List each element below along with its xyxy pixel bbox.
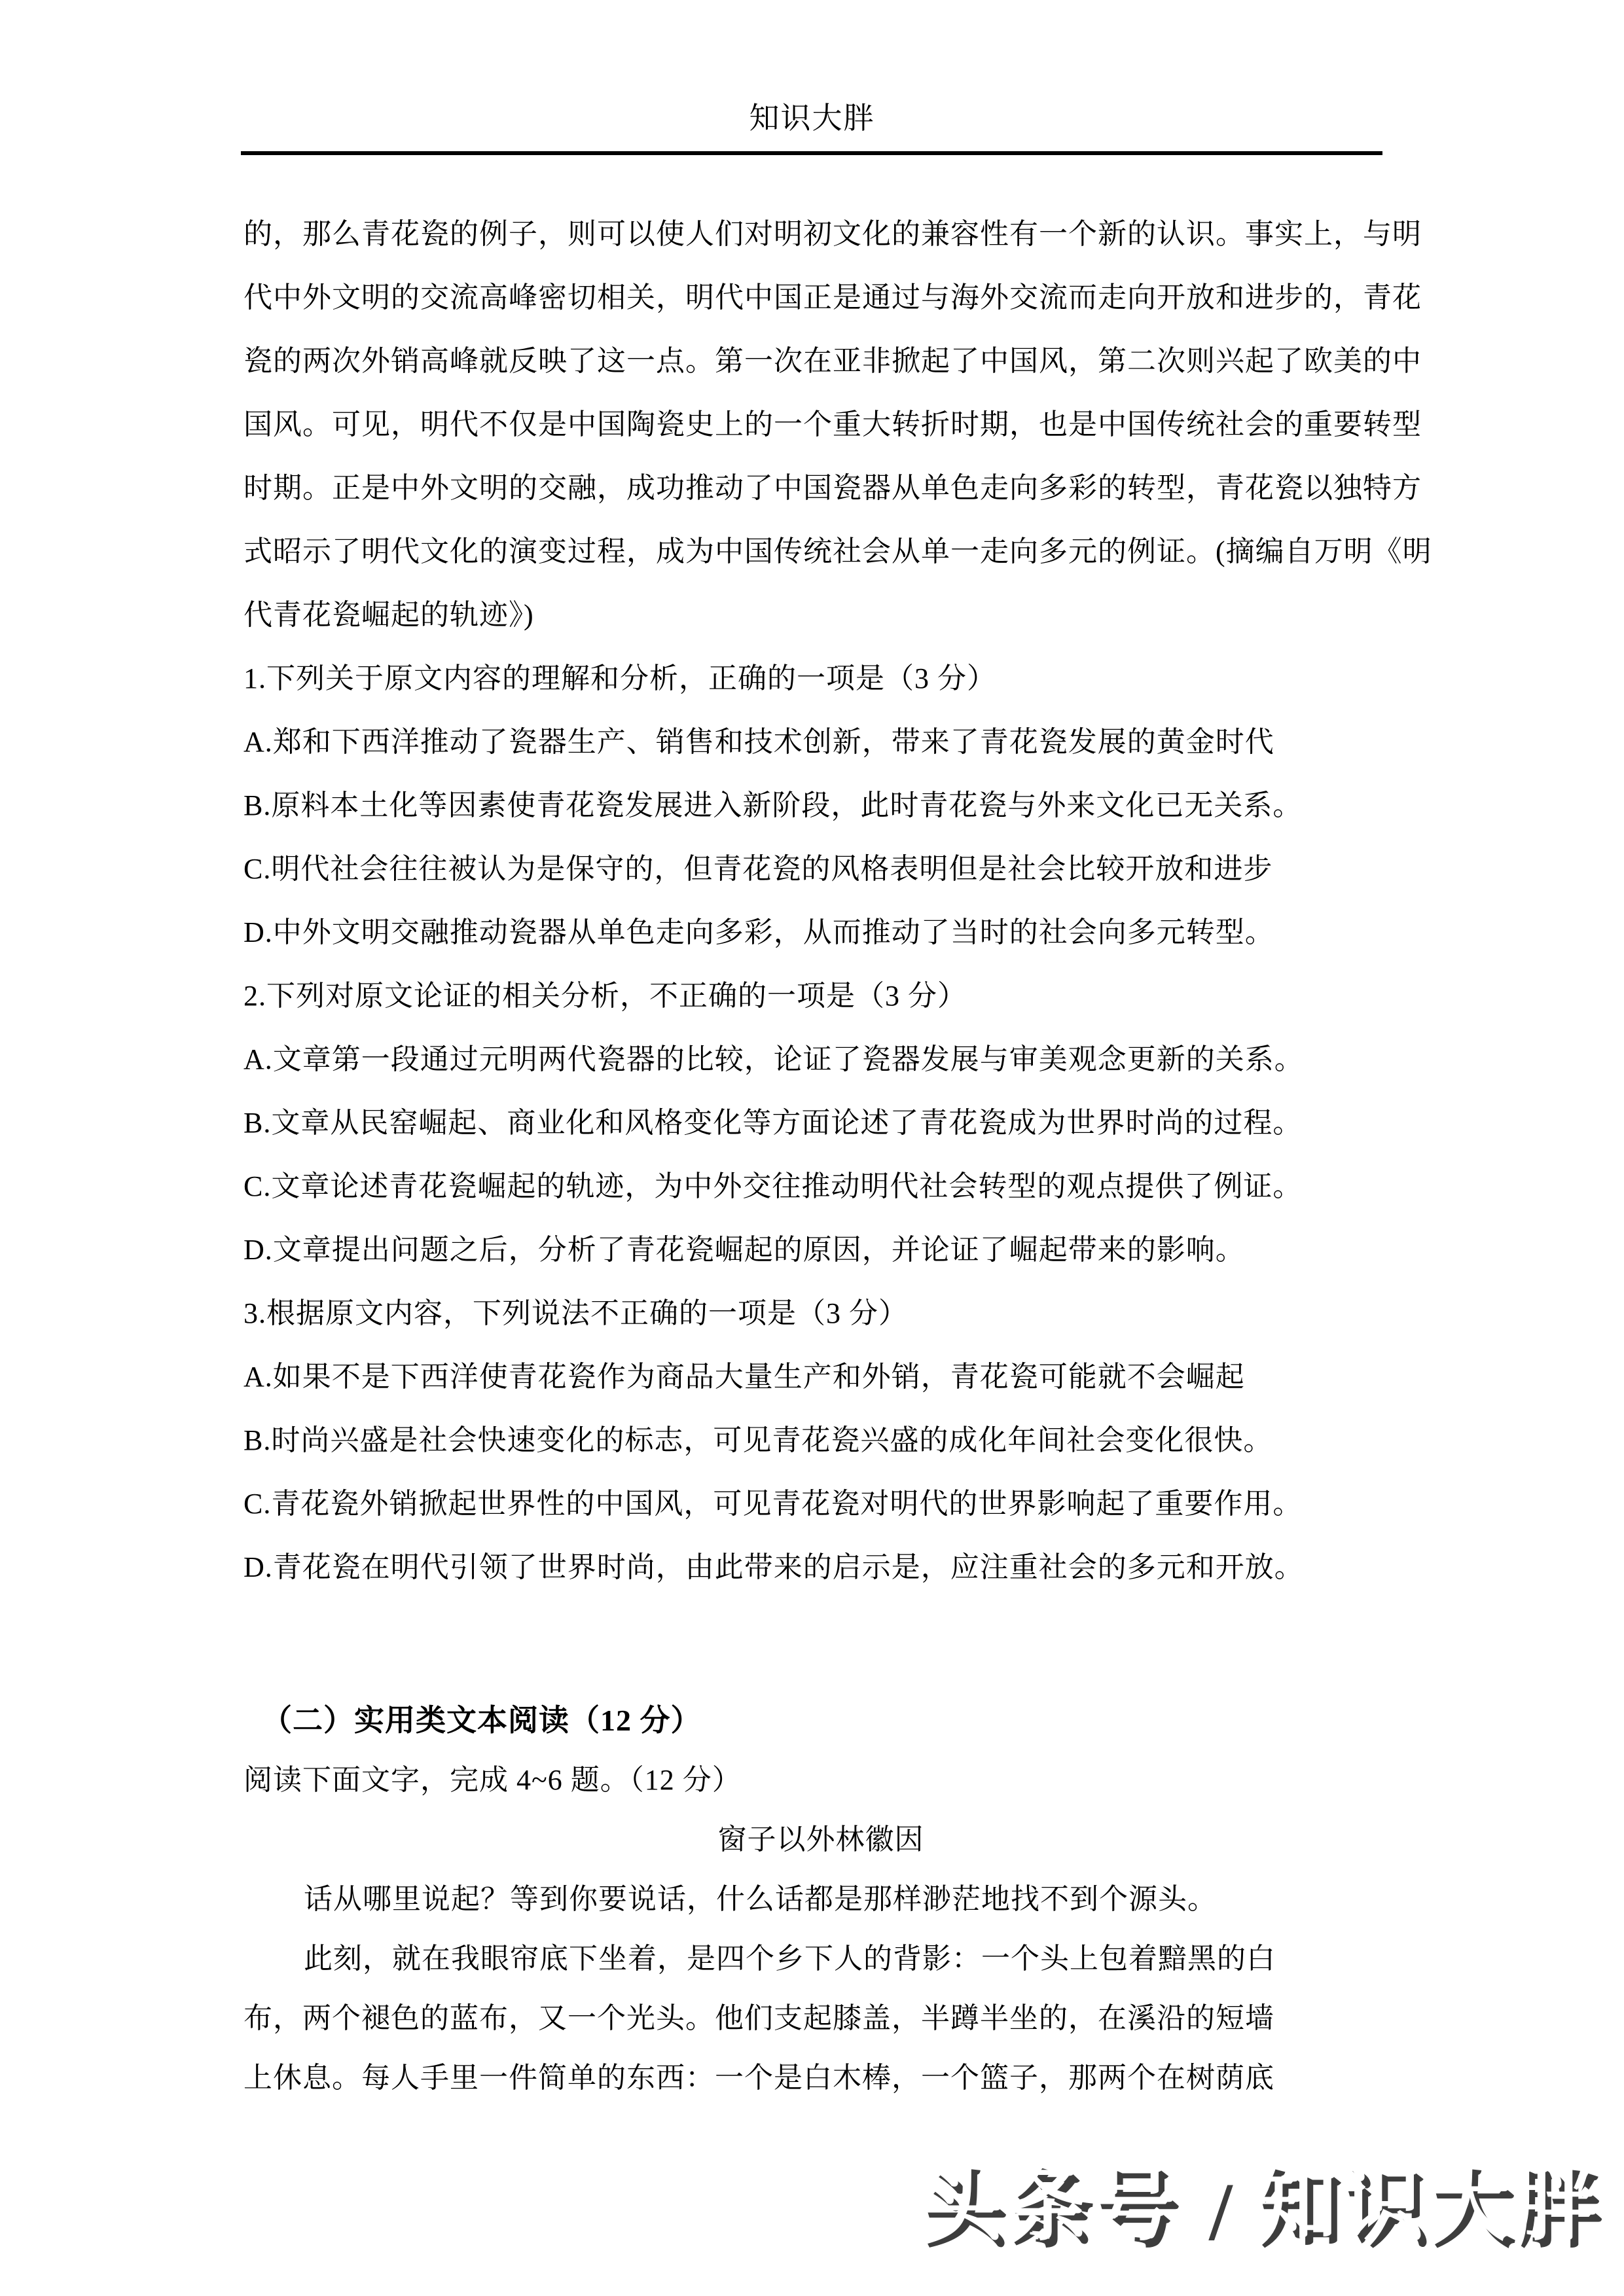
question-2-option-a: A.文章第一段通过元明两代瓷器的比较，论证了瓷器发展与审美观念更新的关系。 bbox=[244, 1028, 1398, 1091]
paragraph-line: 瓷的两次外销高峰就反映了这一点。第一次在亚非掀起了中国风，第二次则兴起了欧美的中 bbox=[244, 329, 1398, 393]
reading-section-2: （二）实用类文本阅读（12 分） 阅读下面文字，完成 4~6 题。（12 分） … bbox=[244, 1691, 1398, 2108]
header-divider-line bbox=[241, 151, 1382, 155]
question-1-stem: 1.下列关于原文内容的理解和分析，正确的一项是（3 分） bbox=[244, 647, 1398, 710]
paragraph-line: 时期。正是中外文明的交融，成功推动了中国瓷器从单色走向多彩的转型，青花瓷以独特方 bbox=[244, 456, 1398, 520]
exam-page: 知识大胖 的，那么青花瓷的例子，则可以使人们对明初文化的兼容性有一个新的认识。事… bbox=[0, 0, 1624, 2296]
question-2-option-c: C.文章论述青花瓷崛起的轨迹，为中外交往推动明代社会转型的观点提供了例证。 bbox=[244, 1155, 1398, 1218]
passage-paragraph-line: 此刻，就在我眼帘底下坐着，是四个乡下人的背影：一个头上包着黯黑的白 bbox=[244, 1929, 1398, 1988]
question-2-stem: 2.下列对原文论证的相关分析，不正确的一项是（3 分） bbox=[244, 964, 1398, 1028]
question-3-option-c: C.青花瓷外销掀起世界性的中国风，可见青花瓷对明代的世界影响起了重要作用。 bbox=[244, 1472, 1398, 1535]
paragraph-line: 式昭示了明代文化的演变过程，成为中国传统社会从单一走向多元的例证。(摘编自万明《… bbox=[244, 520, 1398, 583]
toutiao-watermark: 头条号 / 知识大胖 bbox=[920, 2159, 1600, 2253]
question-3-option-a: A.如果不是下西洋使青花瓷作为商品大量生产和外销，青花瓷可能就不会崛起 bbox=[244, 1345, 1398, 1408]
question-3-option-d: D.青花瓷在明代引领了世界时尚，由此带来的启示是，应注重社会的多元和开放。 bbox=[244, 1535, 1398, 1599]
passage-paragraph-1: 话从哪里说起？等到你要说话，什么话都是那样渺茫地找不到个源头。 bbox=[244, 1869, 1398, 1929]
passage-paragraph-line: 上休息。每人手里一件简单的东西：一个是白木棒，一个篮子，那两个在树荫底 bbox=[244, 2048, 1398, 2108]
section-2-heading: （二）实用类文本阅读（12 分） bbox=[244, 1691, 1398, 1750]
question-3-option-b: B.时尚兴盛是社会快速变化的标志，可见青花瓷兴盛的成化年间社会变化很快。 bbox=[244, 1408, 1398, 1472]
question-1-option-b: B.原料本土化等因素使青花瓷发展进入新阶段，此时青花瓷与外来文化已无关系。 bbox=[244, 774, 1398, 837]
reading-section-1: 的，那么青花瓷的例子，则可以使人们对明初文化的兼容性有一个新的认识。事实上，与明… bbox=[244, 202, 1398, 1599]
paragraph-line: 代中外文明的交流高峰密切相关，明代中国正是通过与海外交流而走向开放和进步的，青花 bbox=[244, 266, 1398, 329]
question-1-option-c: C.明代社会往往被认为是保守的，但青花瓷的风格表明但是社会比较开放和进步 bbox=[244, 837, 1398, 901]
section-2-instruction: 阅读下面文字，完成 4~6 题。（12 分） bbox=[244, 1750, 1398, 1810]
question-1-option-a: A.郑和下西洋推动了瓷器生产、销售和技术创新，带来了青花瓷发展的黄金时代 bbox=[244, 710, 1398, 774]
passage-paragraph-line: 布，两个褪色的蓝布，又一个光头。他们支起膝盖，半蹲半坐的，在溪沿的短墙 bbox=[244, 1988, 1398, 2048]
question-3-stem: 3.根据原文内容，下列说法不正确的一项是（3 分） bbox=[244, 1282, 1398, 1345]
question-2-option-d: D.文章提出问题之后，分析了青花瓷崛起的原因，并论证了崛起带来的影响。 bbox=[244, 1218, 1398, 1282]
question-2-option-b: B.文章从民窑崛起、商业化和风格变化等方面论述了青花瓷成为世界时尚的过程。 bbox=[244, 1091, 1398, 1155]
paragraph-line: 国风。可见，明代不仅是中国陶瓷史上的一个重大转折时期，也是中国传统社会的重要转型 bbox=[244, 393, 1398, 456]
passage-title: 窗子以外林徽因 bbox=[244, 1810, 1398, 1869]
paragraph-line: 代青花瓷崛起的轨迹》) bbox=[244, 583, 1398, 647]
paragraph-line: 的，那么青花瓷的例子，则可以使人们对明初文化的兼容性有一个新的认识。事实上，与明 bbox=[244, 202, 1398, 266]
question-1-option-d: D.中外文明交融推动瓷器从单色走向多彩，从而推动了当时的社会向多元转型。 bbox=[244, 901, 1398, 964]
page-header-title: 知识大胖 bbox=[0, 98, 1624, 139]
